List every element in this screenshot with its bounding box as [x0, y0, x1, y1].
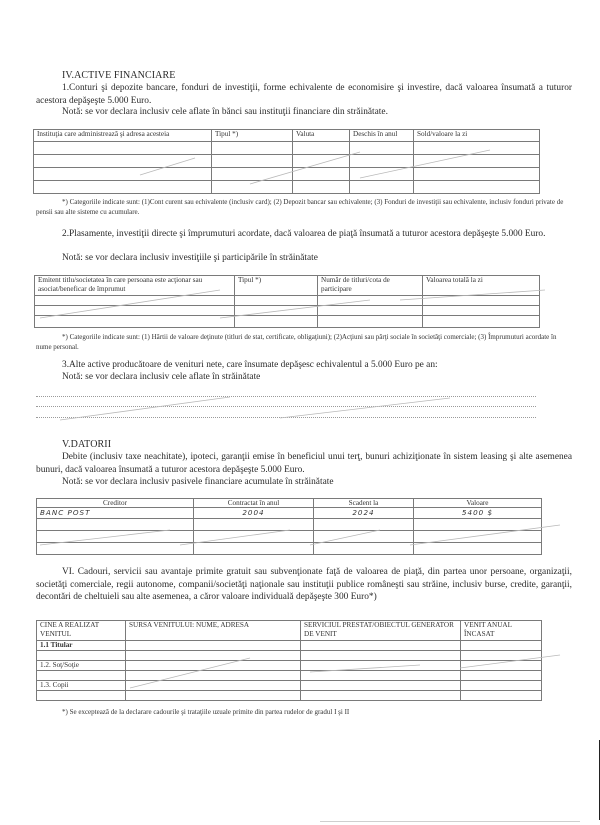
cell	[461, 641, 542, 651]
col-header-opened-year: Deschis în anul	[350, 130, 414, 142]
section-iv-item2-note: Notă: se vor declara inclusiv investiţii…	[62, 253, 318, 263]
cell	[318, 296, 423, 306]
cell	[126, 681, 301, 691]
cell	[318, 316, 423, 328]
handwritten-due-date: 2024	[314, 508, 414, 519]
cell	[414, 181, 540, 194]
cell	[414, 142, 540, 155]
table-row	[35, 316, 540, 328]
col-header-institution: Instituţia care administrează şi adresa …	[34, 130, 212, 142]
cell	[423, 296, 540, 306]
cell	[301, 681, 461, 691]
table-row: 1.3. Copii	[37, 681, 542, 691]
table-row	[34, 168, 540, 181]
investments-table: Emitent titlu/societatea în care persoan…	[34, 275, 540, 328]
section-v-title: V.DATORII	[62, 439, 111, 450]
cell	[212, 155, 293, 168]
cell	[235, 296, 318, 306]
section-iv-item3-note: Notă: se vor declara inclusiv cele aflat…	[62, 372, 260, 382]
cell	[37, 543, 194, 555]
dotted-entry-line	[36, 396, 536, 397]
table-row	[37, 671, 542, 681]
table-row	[35, 296, 540, 306]
cell	[423, 316, 540, 328]
col-header-balance: Sold/valoare la zi	[414, 130, 540, 142]
cell	[35, 316, 235, 328]
table-row	[34, 155, 540, 168]
cell	[35, 306, 235, 316]
col-header-share-count: Număr de titluri/cota de participare	[318, 276, 423, 296]
bank-accounts-table: Instituţia care administrează şi adresa …	[33, 129, 540, 194]
row-label-children: 1.3. Copii	[37, 681, 126, 691]
dotted-entry-line	[36, 417, 536, 418]
cell	[314, 543, 414, 555]
table-header-row: Emitent titlu/societatea în care persoan…	[35, 276, 540, 296]
cell	[194, 531, 314, 543]
section-iv-item1-note: Notă: se vor declara inclusiv cele aflat…	[62, 107, 388, 117]
cell	[126, 661, 301, 671]
declaration-page: IV.ACTIVE FINANCIARE 1.Conturi şi depozi…	[0, 0, 600, 825]
col-header-creditor: Creditor	[37, 499, 194, 508]
scan-edge	[320, 821, 580, 822]
gifts-table: CINE A REALIZAT VENITUL SURSA VENITULUI:…	[36, 620, 542, 701]
cell	[461, 661, 542, 671]
handwritten-contracted-year: 2004	[194, 508, 314, 519]
section-iv-item3-text: 3.Alte active producătoare de venituri n…	[62, 360, 438, 370]
table-header-row: Instituţia care administrează şi adresa …	[34, 130, 540, 142]
cell	[37, 531, 194, 543]
dotted-entry-line	[36, 406, 536, 407]
cell	[34, 142, 212, 155]
cell	[212, 142, 293, 155]
handwritten-value: 5400 $	[414, 508, 542, 519]
row-label-holder: 1.1 Titular	[37, 641, 126, 651]
cell	[293, 142, 350, 155]
cell	[461, 651, 542, 661]
cell	[35, 296, 235, 306]
cell	[126, 691, 301, 701]
cell	[318, 306, 423, 316]
table-row	[34, 142, 540, 155]
col-header-service: SERVICIUL PRESTAT/OBIECTUL GENERATOR DE …	[301, 621, 461, 641]
section-vi-text: VI. Cadouri, servicii sau avantaje primi…	[36, 566, 572, 604]
table-row	[37, 651, 542, 661]
col-header-contracted-year: Contractat în anul	[194, 499, 314, 508]
cell	[194, 543, 314, 555]
table-header-row: Creditor Contractat în anul Scadent la V…	[37, 499, 542, 508]
cell	[461, 671, 542, 681]
table-row	[37, 519, 542, 531]
cell	[37, 519, 194, 531]
col-header-total-value: Valoarea totală la zi	[423, 276, 540, 296]
cell	[301, 671, 461, 681]
cell	[301, 651, 461, 661]
cell	[301, 661, 461, 671]
cell	[212, 181, 293, 194]
cell	[414, 531, 542, 543]
table-row: 1.1 Titular	[37, 641, 542, 651]
table-row	[37, 543, 542, 555]
debts-table: Creditor Contractat în anul Scadent la V…	[36, 498, 542, 555]
col-header-type: Tipul *)	[235, 276, 318, 296]
cell	[37, 691, 126, 701]
cell	[293, 181, 350, 194]
cancellation-strokes	[0, 0, 600, 825]
cell	[423, 306, 540, 316]
cell	[314, 519, 414, 531]
cell	[34, 181, 212, 194]
col-header-value: Valoare	[414, 499, 542, 508]
col-header-income-source: SURSA VENITULUI: NUME, ADRESA	[126, 621, 301, 641]
cell	[293, 168, 350, 181]
col-header-annual-income: VENIT ANUAL ÎNCASAT	[461, 621, 542, 641]
table-row: BANC POST 2004 2024 5400 $	[37, 508, 542, 519]
section-iv-item2-text: 2.Plasamente, investiţii directe şi împr…	[36, 228, 572, 241]
cell	[212, 168, 293, 181]
cell	[126, 641, 301, 651]
cell	[126, 651, 301, 661]
section-v-text: Debite (inclusiv taxe neachitate), ipote…	[36, 451, 572, 476]
cell	[414, 155, 540, 168]
cell	[34, 168, 212, 181]
cell	[414, 519, 542, 531]
table-row	[34, 181, 540, 194]
col-header-issuer: Emitent titlu/societatea în care persoan…	[35, 276, 235, 296]
col-header-beneficiary: CINE A REALIZAT VENITUL	[37, 621, 126, 641]
cell	[350, 181, 414, 194]
handwritten-creditor: BANC POST	[37, 508, 194, 519]
table-row	[37, 531, 542, 543]
cell	[414, 168, 540, 181]
section-iv-title: IV.ACTIVE FINANCIARE	[62, 70, 175, 81]
col-header-type: Tipul *)	[212, 130, 293, 142]
cell	[461, 681, 542, 691]
cell	[350, 155, 414, 168]
cell	[350, 142, 414, 155]
col-header-due-date: Scadent la	[314, 499, 414, 508]
section-iv-item2-footnote: *) Categoriile indicate sunt: (1) Hârtii…	[36, 333, 571, 352]
cell	[126, 671, 301, 681]
table-header-row: CINE A REALIZAT VENITUL SURSA VENITULUI:…	[37, 621, 542, 641]
col-header-currency: Valuta	[293, 130, 350, 142]
cell	[414, 543, 542, 555]
cell	[314, 531, 414, 543]
cell	[37, 671, 126, 681]
cell	[235, 306, 318, 316]
cell	[301, 641, 461, 651]
section-iv-item1-text: 1.Conturi şi depozite bancare, fonduri d…	[36, 82, 572, 107]
cell	[461, 691, 542, 701]
table-row	[37, 691, 542, 701]
cell	[350, 168, 414, 181]
cell	[34, 155, 212, 168]
section-vi-footnote: *) Se exceptează de la declarare cadouri…	[62, 708, 562, 718]
cell	[194, 519, 314, 531]
section-v-note: Notă: se vor declara inclusiv pasivele f…	[62, 477, 334, 487]
cell	[37, 651, 126, 661]
section-iv-item1-footnote: *) Categoriile indicate sunt: (1)Cont cu…	[36, 198, 571, 217]
table-row	[35, 306, 540, 316]
cell	[301, 691, 461, 701]
cell	[293, 155, 350, 168]
table-row: 1.2. Soţ/Soţie	[37, 661, 542, 671]
cell	[235, 316, 318, 328]
row-label-spouse: 1.2. Soţ/Soţie	[37, 661, 126, 671]
